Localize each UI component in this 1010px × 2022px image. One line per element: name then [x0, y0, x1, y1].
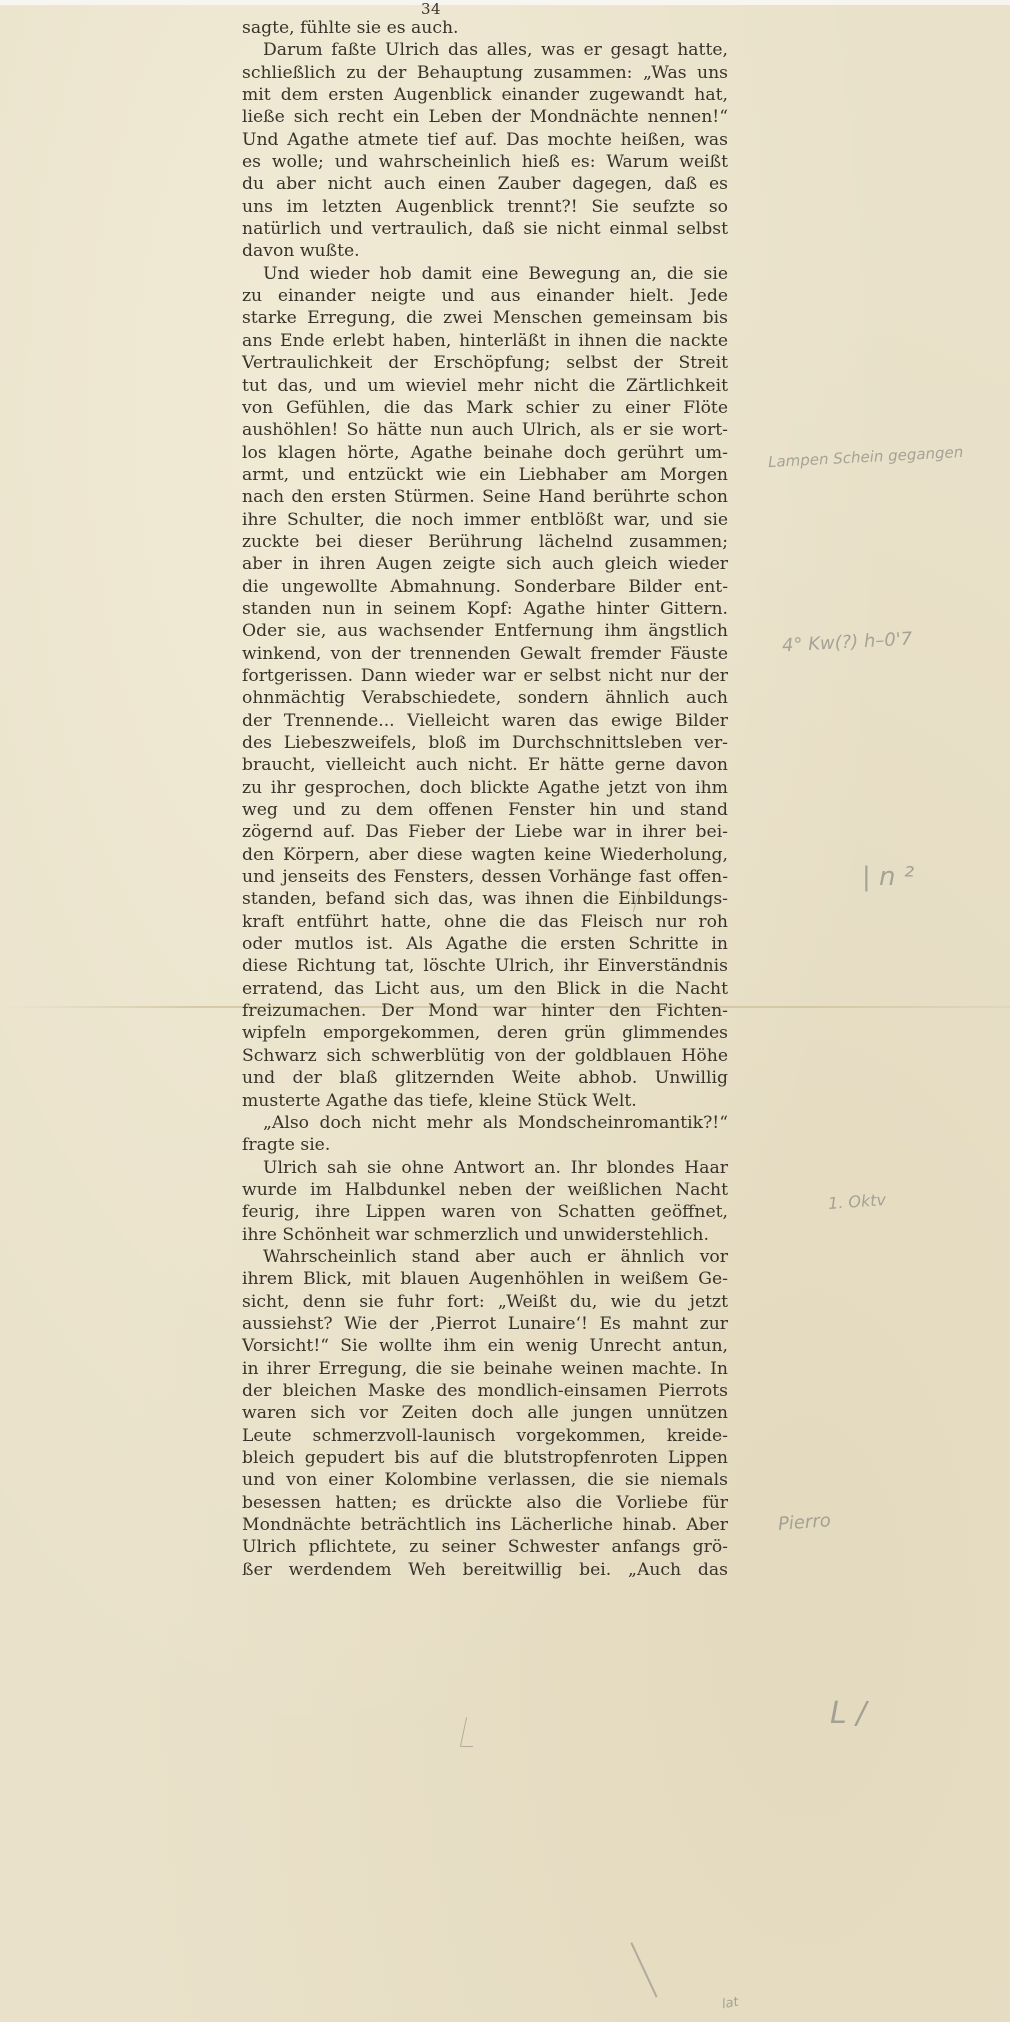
pencil-annotation: 1. Oktv	[827, 1190, 886, 1213]
text-line: sagte, fühlte sie es auch.	[242, 17, 728, 39]
text-line: waren sich vor Zeiten doch alle jungen u…	[242, 1402, 728, 1424]
text-line: starke Erregung, die zwei Menschen gemei…	[242, 307, 728, 329]
text-line: ohnmächtig Verabschiedete, sondern ähnli…	[242, 687, 728, 709]
text-line: der bleichen Maske des mondlich-einsamen…	[242, 1380, 728, 1402]
text-line: uns im letzten Augenblick trennt?! Sie s…	[242, 196, 728, 218]
text-line: ihrem Blick, mit blauen Augenhöhlen in w…	[242, 1268, 728, 1290]
text-line: nach den ersten Stürmen. Seine Hand berü…	[242, 486, 728, 508]
text-line: Und Agathe atmete tief auf. Das mochte h…	[242, 129, 728, 151]
text-line: schließlich zu der Behauptung zusammen: …	[242, 62, 728, 84]
text-line: diese Richtung tat, löschte Ulrich, ihr …	[242, 955, 728, 977]
text-line: erratend, das Licht aus, um den Blick in…	[242, 978, 728, 1000]
text-line: davon wußte.	[242, 240, 728, 262]
text-line: aussiehst? Wie der ‚Pierrot Lunaire‘! Es…	[242, 1313, 728, 1335]
text-line: natürlich und vertraulich, daß sie nicht…	[242, 218, 728, 240]
text-line: „Also doch nicht mehr als Mondscheinroma…	[242, 1112, 728, 1134]
text-line: aushöhlen! So hätte nun auch Ulrich, als…	[242, 419, 728, 441]
text-line: Leute schmerzvoll-launisch vorgekommen, …	[242, 1425, 728, 1447]
text-line: tut das, und um wieviel mehr nicht die Z…	[242, 375, 728, 397]
text-line: der Trennende... Vielleicht waren das ew…	[242, 710, 728, 732]
text-line: fortgerissen. Dann wieder war er selbst …	[242, 665, 728, 687]
text-line: mit dem ersten Augenblick einander zugew…	[242, 84, 728, 106]
text-line: weg und zu dem offenen Fenster hin und s…	[242, 799, 728, 821]
text-line: winkend, von der trennenden Gewalt fremd…	[242, 643, 728, 665]
body-text: sagte, fühlte sie es auch.Darum faßte Ul…	[242, 17, 728, 1581]
text-line: los klagen hörte, Agathe beinahe doch ge…	[242, 442, 728, 464]
text-line: sicht, denn sie fuhr fort: „Weißt du, wi…	[242, 1291, 728, 1313]
text-line: feurig, ihre Lippen waren von Schatten g…	[242, 1201, 728, 1223]
text-line: armt, und entzückt wie ein Liebhaber am …	[242, 464, 728, 486]
text-line: und der blaß glitzernden Weite abhob. Un…	[242, 1067, 728, 1089]
text-line: Ulrich sah sie ohne Antwort an. Ihr blon…	[242, 1157, 728, 1179]
text-line: zu einander neigte und aus einander hiel…	[242, 285, 728, 307]
text-line: und von einer Kolombine verlassen, die s…	[242, 1469, 728, 1491]
page-number: 34	[421, 0, 441, 18]
text-line: zu ihr gesprochen, doch blickte Agathe j…	[242, 777, 728, 799]
text-line: ßer werdendem Weh bereitwillig bei. „Auc…	[242, 1559, 728, 1581]
text-line: den Körpern, aber diese wagten keine Wie…	[242, 844, 728, 866]
text-line: Ulrich pflichtete, zu seiner Schwester a…	[242, 1536, 728, 1558]
text-line: es wolle; und wahrscheinlich hieß es: Wa…	[242, 151, 728, 173]
text-line: Vorsicht!“ Sie wollte ihm ein wenig Unre…	[242, 1335, 728, 1357]
text-line: Vertraulichkeit der Erschöpfung; selbst …	[242, 352, 728, 374]
text-line: zögernd auf. Das Fieber der Liebe war in…	[242, 821, 728, 843]
pencil-annotation: | n ²	[862, 862, 914, 892]
text-line: in ihrer Erregung, die sie beinahe weine…	[242, 1358, 728, 1380]
text-line: ließe sich recht ein Leben der Mondnächt…	[242, 106, 728, 128]
text-line: ihre Schulter, die noch immer entblößt w…	[242, 509, 728, 531]
text-line: wurde im Halbdunkel neben der weißlichen…	[242, 1179, 728, 1201]
text-line: wipfeln emporgekommen, deren grün glimme…	[242, 1022, 728, 1044]
pencil-annotation: Pierro	[777, 1510, 831, 1535]
text-line: des Liebeszweifels, bloß im Durchschnitt…	[242, 732, 728, 754]
pencil-insertion-mark-base	[461, 1746, 473, 1747]
pencil-annotation: lat	[721, 1995, 740, 2013]
text-line: ans Ende erlebt haben, hinterläßt in ihn…	[242, 330, 728, 352]
text-line: braucht, vielleicht auch nicht. Er hätte…	[242, 754, 728, 776]
text-line: fragte sie.	[242, 1134, 728, 1156]
text-line: Mondnächte beträchtlich ins Lächerliche …	[242, 1514, 728, 1536]
text-line: zuckte bei dieser Berührung lächelnd zus…	[242, 531, 728, 553]
text-line: ihre Schönheit war schmerzlich und unwid…	[242, 1224, 728, 1246]
text-line: Oder sie, aus wachsender Entfernung ihm …	[242, 620, 728, 642]
text-line: freizumachen. Der Mond war hinter den Fi…	[242, 1000, 728, 1022]
text-line: von Gefühlen, die das Mark schier zu ein…	[242, 397, 728, 419]
text-line: und jenseits des Fensters, dessen Vorhän…	[242, 866, 728, 888]
text-line: Wahrscheinlich stand aber auch er ähnlic…	[242, 1246, 728, 1268]
text-line: Schwarz sich schwerblütig von der goldbl…	[242, 1045, 728, 1067]
text-line: Und wieder hob damit eine Bewegung an, d…	[242, 263, 728, 285]
text-line: du aber nicht auch einen Zauber dagegen,…	[242, 173, 728, 195]
text-line: aber in ihren Augen zeigte sich auch gle…	[242, 553, 728, 575]
text-line: Darum faßte Ulrich das alles, was er ges…	[242, 39, 728, 61]
text-line: oder mutlos ist. Als Agathe die ersten S…	[242, 933, 728, 955]
pencil-annotation: L /	[830, 1696, 866, 1731]
text-line: die ungewollte Abmahnung. Sonderbare Bil…	[242, 576, 728, 598]
text-line: standen, befand sich das, was ihnen die …	[242, 888, 728, 910]
text-line: musterte Agathe das tiefe, kleine Stück …	[242, 1090, 728, 1112]
text-line: standen nun in seinem Kopf: Agathe hinte…	[242, 598, 728, 620]
text-line: besessen hatten; es drückte also die Vor…	[242, 1492, 728, 1514]
text-line: kraft entführt hatte, ohne die das Fleis…	[242, 911, 728, 933]
text-line: bleich gepudert bis auf die blutstropfen…	[242, 1447, 728, 1469]
